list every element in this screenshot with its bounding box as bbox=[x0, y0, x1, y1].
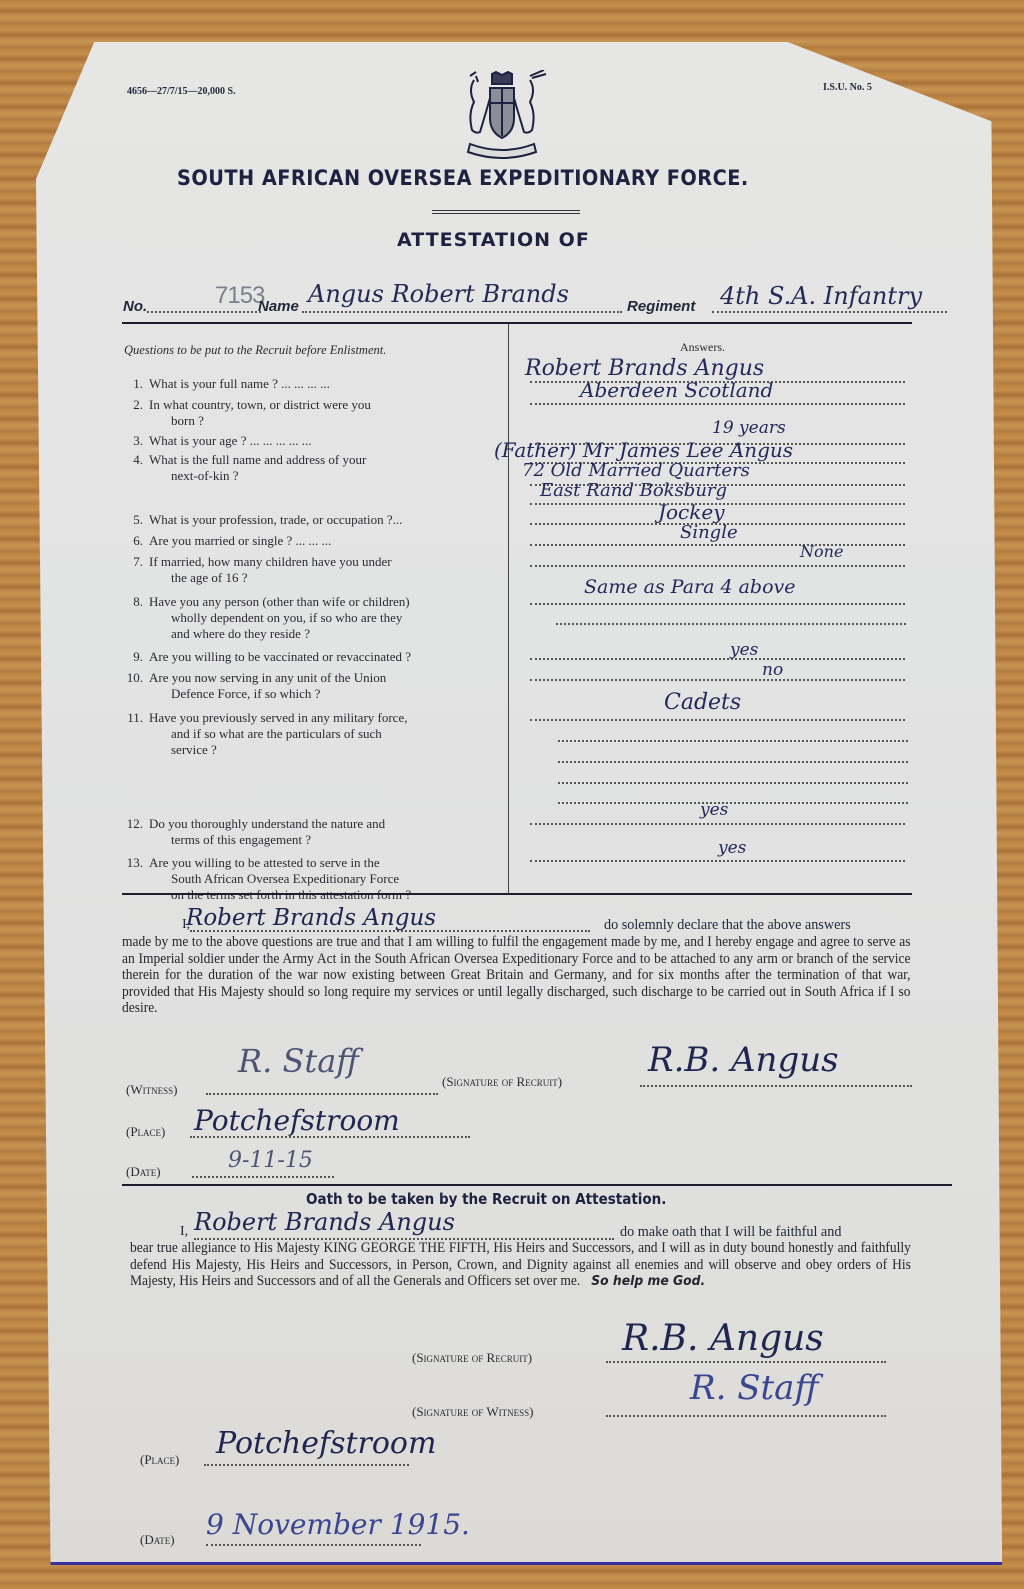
answer-2: Aberdeen Scotland bbox=[580, 378, 773, 402]
answer-line bbox=[530, 657, 905, 660]
answer-5: Jockey bbox=[658, 500, 725, 524]
oath-recruit-signature: R.B. Angus bbox=[622, 1318, 824, 1359]
answer-line bbox=[558, 739, 908, 742]
oath-closing: So help me God. bbox=[591, 1274, 705, 1289]
question-number: 2. bbox=[117, 397, 143, 413]
answers-heading: Answers. bbox=[680, 340, 725, 355]
witness-label: (Witness) bbox=[126, 1082, 177, 1098]
answer-line bbox=[558, 781, 908, 784]
question-1: 1.What is your full name ? ... ... ... .… bbox=[117, 376, 497, 392]
answer-line bbox=[530, 564, 905, 567]
oath-recruit-signature-label: (Signature of Recruit) bbox=[412, 1350, 532, 1366]
question-text-cont: terms of this engagement ? bbox=[117, 832, 497, 848]
answer-12: yes bbox=[700, 800, 728, 820]
column-divider bbox=[508, 324, 509, 894]
answer-7: None bbox=[800, 542, 843, 561]
answer-line bbox=[530, 678, 905, 681]
oath-prefix: I, bbox=[180, 1224, 188, 1240]
form-title: SOUTH AFRICAN OVERSEA EXPEDITIONARY FORC… bbox=[177, 166, 749, 190]
question-text: Are you willing to be attested to serve … bbox=[149, 855, 380, 870]
place-label: (Place) bbox=[126, 1124, 165, 1140]
question-13: 13.Are you willing to be attested to ser… bbox=[117, 855, 497, 903]
oath-text-first: do make oath that I will be faithful and bbox=[620, 1224, 841, 1241]
question-number: 11. bbox=[117, 710, 143, 726]
answer-line bbox=[530, 859, 905, 862]
declaration-name: Robert Brands Angus bbox=[186, 905, 436, 931]
question-text-cont: on the terms set forth in this attestati… bbox=[117, 887, 497, 903]
questions-heading: Questions to be put to the Recruit befor… bbox=[124, 343, 386, 358]
answer-line bbox=[558, 801, 908, 804]
oath-heading: Oath to be taken by the Recruit on Attes… bbox=[306, 1190, 666, 1208]
questions-rule bbox=[122, 893, 912, 895]
oath-date-label: (Date) bbox=[140, 1532, 175, 1548]
answer-10: no bbox=[762, 660, 783, 680]
question-3: 3.What is your age ? ... ... ... ... ... bbox=[117, 433, 497, 449]
question-number: 13. bbox=[117, 855, 143, 871]
question-9: 9.Are you willing to be vaccinated or re… bbox=[117, 649, 497, 665]
question-text: Have you previously served in any milita… bbox=[149, 710, 407, 725]
question-text: In what country, town, or district were … bbox=[149, 397, 371, 412]
title-divider bbox=[432, 210, 580, 214]
answer-line bbox=[556, 622, 906, 625]
oath-place-label: (Place) bbox=[140, 1452, 179, 1468]
answer-6: Single bbox=[680, 522, 738, 543]
print-code: 4656—27/7/15—20,000 S. bbox=[127, 86, 236, 97]
question-number: 4. bbox=[117, 452, 143, 468]
witness-line bbox=[206, 1093, 438, 1095]
place-value: Potchefstroom bbox=[194, 1104, 400, 1137]
question-number: 9. bbox=[117, 649, 143, 665]
oath-place-line bbox=[204, 1464, 409, 1466]
regiment-field-line bbox=[712, 311, 947, 313]
regiment-value: 4th S.A. Infantry bbox=[720, 282, 922, 310]
question-number: 1. bbox=[117, 376, 143, 392]
question-number: 7. bbox=[117, 554, 143, 570]
no-field-line bbox=[147, 311, 261, 313]
question-number: 12. bbox=[117, 816, 143, 832]
question-text-cont: and where do they reside ? bbox=[117, 626, 497, 642]
oath-date-line bbox=[206, 1544, 421, 1546]
question-5: 5.What is your profession, trade, or occ… bbox=[117, 512, 497, 528]
union-coat-of-arms-icon bbox=[452, 70, 552, 162]
answer-3: 19 years bbox=[712, 418, 786, 438]
question-text-cont: service ? bbox=[117, 742, 497, 758]
oath-witness-signature: R. Staff bbox=[690, 1368, 819, 1408]
oath-witness-signature-line bbox=[606, 1415, 886, 1417]
question-number: 8. bbox=[117, 594, 143, 610]
question-6: 6.Are you married or single ? ... ... ..… bbox=[117, 533, 497, 549]
question-text: Have you any person (other than wife or … bbox=[149, 594, 410, 609]
date-label: (Date) bbox=[126, 1164, 161, 1180]
regiment-label: Regiment bbox=[627, 298, 695, 315]
question-10: 10.Are you now serving in any unit of th… bbox=[117, 670, 497, 702]
question-number: 3. bbox=[117, 433, 143, 449]
question-text-cont: the age of 16 ? bbox=[117, 570, 497, 586]
question-8: 8.Have you any person (other than wife o… bbox=[117, 594, 497, 642]
answer-line bbox=[530, 602, 905, 605]
oath-date-value: 9 November 1915. bbox=[206, 1508, 470, 1541]
question-text-cont: and if so what are the particulars of su… bbox=[117, 726, 497, 742]
question-text-cont: Defence Force, if so which ? bbox=[117, 686, 497, 702]
answer-4-line1: (Father) Mr James Lee Angus bbox=[494, 438, 793, 462]
declaration-text: made by me to the above questions are tr… bbox=[122, 934, 911, 1017]
oath-name: Robert Brands Angus bbox=[194, 1208, 455, 1236]
oath-text: bear true allegiance to His Majesty KING… bbox=[130, 1240, 911, 1291]
name-field-line bbox=[302, 311, 622, 313]
recruit-signature-label: (Signature of Recruit) bbox=[442, 1074, 562, 1090]
question-text: If married, how many children have you u… bbox=[149, 554, 392, 569]
no-label: No. bbox=[123, 298, 147, 315]
answer-11: Cadets bbox=[664, 690, 741, 715]
date-value: 9-11-15 bbox=[228, 1148, 313, 1173]
question-text-cont: born ? bbox=[117, 413, 497, 429]
name-value: Angus Robert Brands bbox=[308, 280, 569, 308]
recruit-signature: R.B. Angus bbox=[648, 1040, 839, 1080]
recruit-signature-line bbox=[640, 1085, 912, 1087]
question-text: Are you willing to be vaccinated or reva… bbox=[149, 649, 411, 664]
witness-signature: R. Staff bbox=[238, 1042, 359, 1080]
oath-recruit-signature-line bbox=[606, 1361, 886, 1363]
question-11: 11.Have you previously served in any mil… bbox=[117, 710, 497, 758]
oath-witness-signature-label: (Signature of Witness) bbox=[412, 1404, 533, 1420]
question-2: 2.In what country, town, or district wer… bbox=[117, 397, 497, 429]
question-text-cont: next-of-kin ? bbox=[117, 468, 497, 484]
question-text-cont: wholly dependent on you, if so who are t… bbox=[117, 610, 497, 626]
question-number: 10. bbox=[117, 670, 143, 686]
form-id: I.S.U. No. 5 bbox=[823, 82, 872, 93]
answer-line bbox=[558, 760, 908, 763]
question-12: 12.Do you thoroughly understand the natu… bbox=[117, 816, 497, 848]
answer-4-line3: East Rand Boksburg bbox=[540, 480, 727, 501]
question-text: Are you married or single ? ... ... ... bbox=[149, 533, 331, 548]
question-text: What is your age ? ... ... ... ... ... bbox=[149, 433, 311, 448]
question-7: 7.If married, how many children have you… bbox=[117, 554, 497, 586]
answer-4-line2: 72 Old Married Quarters bbox=[522, 460, 750, 481]
question-text: Do you thoroughly understand the nature … bbox=[149, 816, 385, 831]
answer-8: Same as Para 4 above bbox=[584, 576, 796, 598]
answer-line bbox=[530, 718, 905, 721]
question-text-cont: South African Oversea Expeditionary Forc… bbox=[117, 871, 497, 887]
oath-body: bear true allegiance to His Majesty KING… bbox=[130, 1240, 911, 1289]
question-text: What is your full name ? ... ... ... ... bbox=[149, 376, 330, 391]
answer-line bbox=[530, 822, 905, 825]
question-4: 4.What is the full name and address of y… bbox=[117, 452, 497, 484]
oath-place-value: Potchefstroom bbox=[216, 1426, 436, 1461]
answer-line bbox=[530, 402, 905, 405]
serial-number-stamp: 7153 bbox=[215, 282, 264, 310]
name-label: Name bbox=[258, 298, 299, 315]
answer-13: yes bbox=[718, 838, 746, 858]
answer-line bbox=[530, 543, 905, 546]
question-text: Are you now serving in any unit of the U… bbox=[149, 670, 386, 685]
declaration-rule bbox=[122, 1184, 952, 1186]
question-text: What is your profession, trade, or occup… bbox=[149, 512, 402, 527]
date-line bbox=[192, 1176, 334, 1178]
question-text: What is the full name and address of you… bbox=[149, 452, 366, 467]
declaration-text-first: do solemnly declare that the above answe… bbox=[604, 917, 851, 934]
form-subtitle: ATTESTATION OF bbox=[397, 229, 590, 251]
question-number: 6. bbox=[117, 533, 143, 549]
answer-9: yes bbox=[730, 640, 758, 660]
identity-rule bbox=[122, 322, 912, 324]
question-number: 5. bbox=[117, 512, 143, 528]
